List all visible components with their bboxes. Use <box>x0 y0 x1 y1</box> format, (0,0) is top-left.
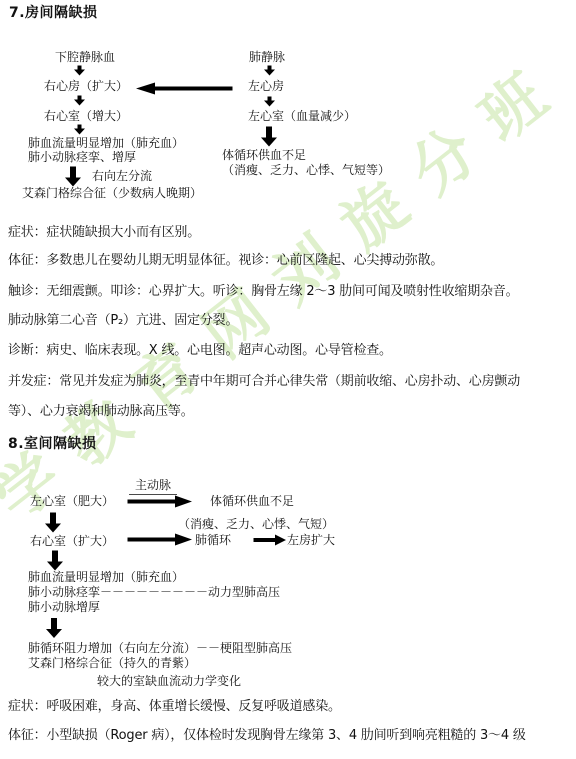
node-systemic-symptoms-2: （消瘦、乏力、心悸、气短） <box>178 518 334 532</box>
node-lung-flow: 肺血流量明显增加（肺充血） <box>28 137 184 151</box>
node-left-atrium: 左心房 <box>248 80 284 94</box>
paragraph-symptoms-vsd: 症状：呼吸困难，身高、体重增长缓慢、反复呼吸道感染。 <box>8 700 341 715</box>
paragraph-complications: 并发症：常见并发症为肺炎，至青中年期可合并心律失常（期前收缩、心房扑动、心房颤动 <box>8 375 520 390</box>
node-systemic-insufficiency: 体循环供血不足 <box>222 149 306 163</box>
section7-title: 7.房间隔缺损 <box>9 5 98 21</box>
down-arrow-icon <box>263 65 276 76</box>
node-ivc-blood: 下腔静脉血 <box>55 51 115 65</box>
down-arrow-icon <box>45 617 63 639</box>
right-arrow-icon <box>127 494 193 509</box>
node-right-atrium: 右心房（扩大） <box>44 80 128 94</box>
document-page: 医学教育网刘旋分班 7.房间隔缺损 下腔静脉血 右心房（扩大） 右心室（增大） … <box>0 0 576 759</box>
down-arrow-icon <box>260 126 278 147</box>
node-systemic-insufficiency-2: 体循环供血不足 <box>210 495 294 509</box>
paragraph-palpation: 触诊：无细震颤。叩诊：心界扩大。听诊：胸骨左缘 2～3 肋间可闻及喷射性收缩期杂… <box>8 285 518 300</box>
section8-title: 8.室间隔缺损 <box>8 436 97 452</box>
down-arrow-icon <box>44 512 62 533</box>
node-left-ventricle: 左心室（血量减少） <box>248 110 356 124</box>
right-arrow-icon <box>253 533 287 547</box>
down-arrow-icon <box>73 124 86 135</box>
node-arteriole-thickening: 肺小动脉增厚 <box>28 601 100 615</box>
node-eisenmenger: 艾森门格综合征（少数病人晚期） <box>22 187 202 201</box>
node-pulmonary-vein: 肺静脉 <box>249 51 285 65</box>
diagram-caption: 较大的室缺血流动力学变化 <box>97 675 241 689</box>
paragraph-p2-sound: 肺动脉第二心音（P₂）亢进、固定分裂。 <box>8 314 238 329</box>
node-obstructive-pulmonary-hypertension: 肺循环阻力增加（右向左分流）－－梗阻型肺高压 <box>28 642 292 656</box>
node-right-ventricle-dilation: 右心室（扩大） <box>30 535 114 549</box>
right-arrow-icon <box>127 532 193 547</box>
down-arrow-icon <box>73 65 86 76</box>
node-arteriole-spasm: 肺小动脉痉挛、增厚 <box>28 151 136 165</box>
down-arrow-icon <box>46 550 64 571</box>
node-systemic-symptoms: （消瘦、乏力、心悸、气短等） <box>222 164 390 178</box>
down-arrow-icon <box>263 96 276 107</box>
node-left-atrium-dilation: 左房扩大 <box>287 534 335 548</box>
paragraph-signs: 体征：多数患儿在婴幼儿期无明显体征。视诊：心前区隆起、心尖搏动弥散。 <box>8 254 443 269</box>
paragraph-complications-cont: 等）、心力衰竭和肺动脉高压等。 <box>8 405 194 420</box>
node-pulmonary-circulation: 肺循环 <box>195 534 231 548</box>
shunt-label: 右向左分流 <box>92 170 152 184</box>
node-lung-flow-2: 肺血流量明显增加（肺充血） <box>28 571 184 585</box>
paragraph-diagnosis: 诊断：病史、临床表现。X 线。心电图。超声心动图。心导管检查。 <box>8 344 392 359</box>
down-arrow-icon <box>64 166 82 187</box>
content-layer: 7.房间隔缺损 下腔静脉血 右心房（扩大） 右心室（增大） 肺血流量明显增加（肺… <box>0 0 576 759</box>
node-right-ventricle: 右心室（增大） <box>44 110 128 124</box>
aorta-label: 主动脉 <box>129 479 177 495</box>
node-left-ventricle-hypertrophy: 左心室（肥大） <box>30 495 114 509</box>
down-arrow-icon <box>73 95 86 106</box>
paragraph-symptoms: 症状：症状随缺损大小而有区别。 <box>8 226 200 241</box>
node-eisenmenger-2: 艾森门格综合征（持久的青紫） <box>28 657 196 671</box>
node-dynamic-pulmonary-hypertension: 肺小动脉痉挛－－－－－－－－－动力型肺高压 <box>28 586 280 600</box>
paragraph-signs-vsd: 体征：小型缺损（Roger 病），仅体检时发现胸骨左缘第 3、4 肋间听到响亮粗… <box>8 729 526 744</box>
left-arrow-icon <box>135 81 233 96</box>
